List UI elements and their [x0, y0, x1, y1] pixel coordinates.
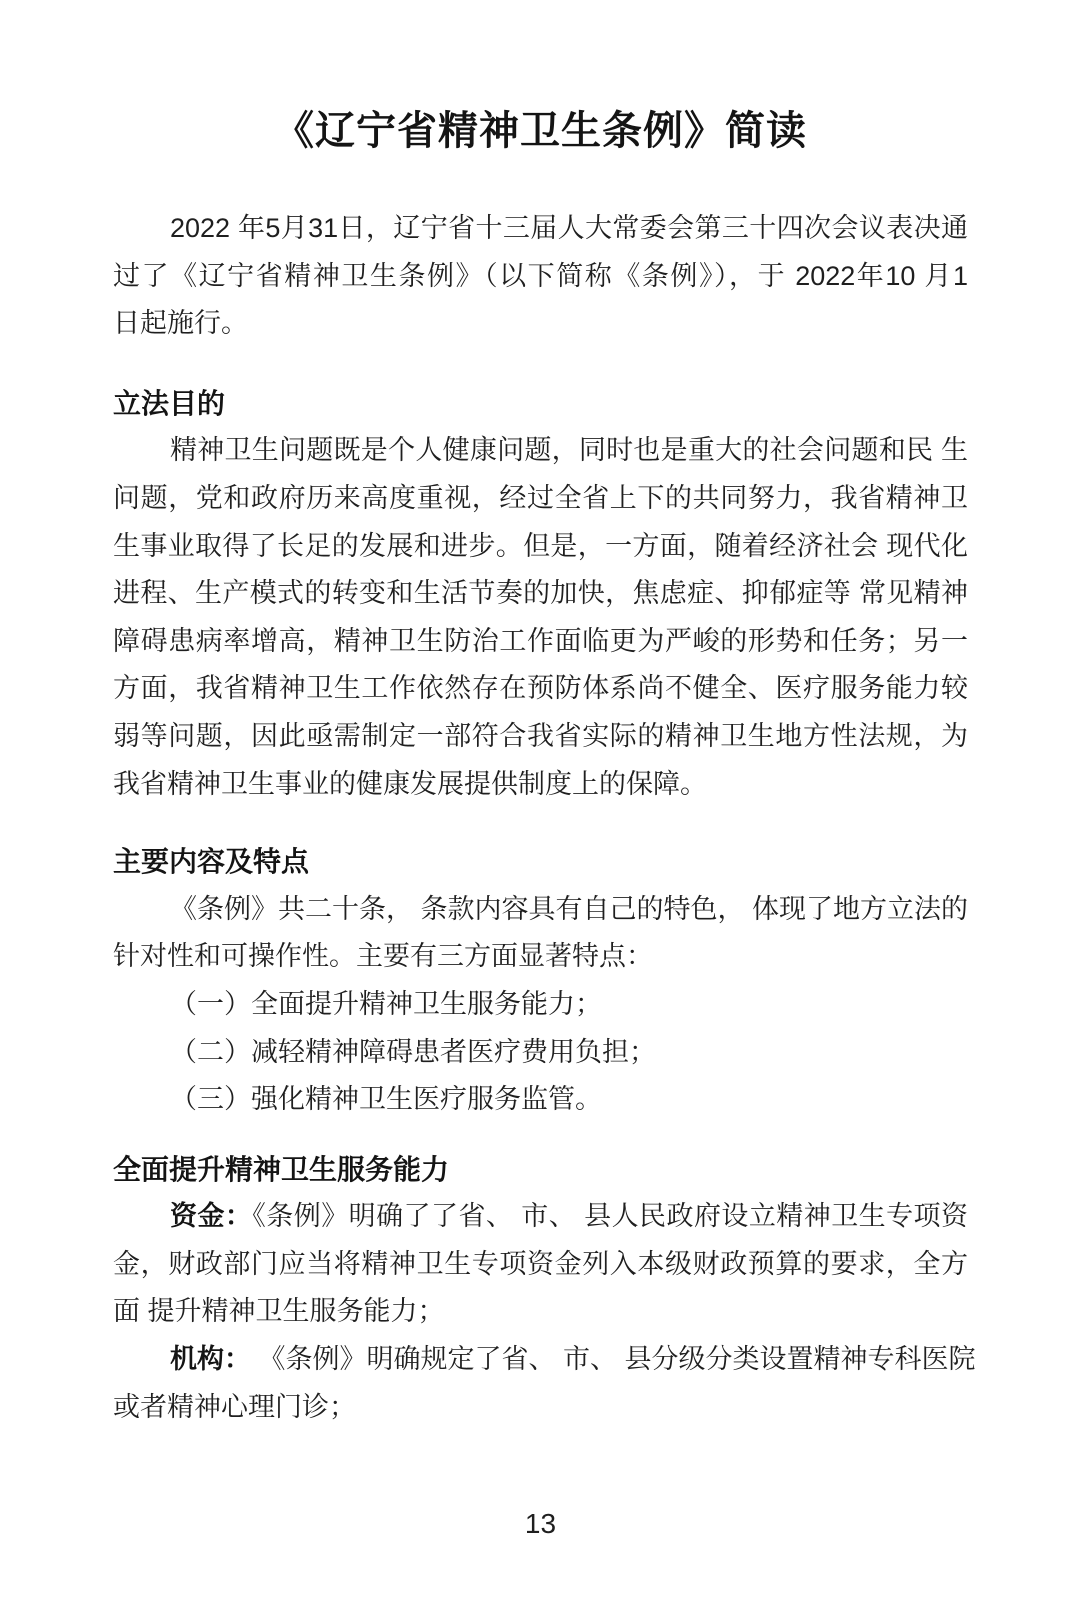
feature-item: （二）减轻精神障碍患者医疗费用负担；: [113, 1029, 968, 1077]
paragraph-line: 面 提升精神卫生服务能力；: [113, 1288, 968, 1336]
paragraph-line: 精神卫生问题既是个人健康问题，同时也是重大的社会问题和民 生: [113, 427, 968, 475]
funding-paragraph: 资金：《条例》明确了了省、 市、 县人民政府设立精神卫生专项资 金，财政部门应当…: [113, 1193, 968, 1336]
paragraph-line: 问题，党和政府历来高度重视，经过全省上下的共同努力，我省精神卫: [113, 475, 968, 523]
intro-paragraph: 2022 年5月31日，辽宁省十三届人大常委会第三十四次会议表决通 过了《辽宁省…: [113, 205, 968, 348]
section-heading-capability: 全面提升精神卫生服务能力: [113, 1146, 968, 1194]
section-heading-features: 主要内容及特点: [113, 838, 968, 886]
funding-text: 《条例》明确了了省、 市、 县人民政府设立精神卫生专项资: [252, 1201, 968, 1231]
document-title: 《辽宁省精神卫生条例》简读: [113, 102, 968, 160]
paragraph-line: 金，财政部门应当将精神卫生专项资金列入本级财政预算的要求，全方: [113, 1241, 968, 1289]
paragraph-line: 弱等问题，因此亟需制定一部符合我省实际的精神卫生地方性法规，为: [113, 713, 968, 761]
paragraph-line: 我省精神卫生事业的健康发展提供制度上的保障。: [113, 761, 968, 809]
paragraph-line: 或者精神心理门诊；: [113, 1384, 968, 1432]
section-heading-purpose: 立法目的: [113, 380, 968, 428]
intro-line: 日起施行。: [113, 300, 968, 348]
feature-item: （三）强化精神卫生医疗服务监管。: [113, 1076, 968, 1124]
intro-line: 2022 年5月31日，辽宁省十三届人大常委会第三十四次会议表决通: [113, 205, 968, 253]
intro-line: 过了《辽宁省精神卫生条例》（以下简称《条例》），于 2022年10 月1: [113, 253, 968, 301]
paragraph-line: 生事业取得了长足的发展和进步。但是，一方面，随着经济社会 现代化: [113, 523, 968, 571]
page-number: 13: [0, 1500, 1081, 1548]
institution-label: 机构：: [170, 1344, 251, 1374]
feature-item: （一）全面提升精神卫生服务能力；: [113, 981, 968, 1029]
paragraph-line: 障碍患病率增高，精神卫生防治工作面临更为严峻的形势和任务；另一: [113, 618, 968, 666]
institution-text: 《条例》明确规定了省、 市、 县分级分类设置精神专科医院: [251, 1344, 976, 1374]
paragraph-line: 进程、生产模式的转变和生活节奏的加快，焦虑症、抑郁症等 常见精神: [113, 570, 968, 618]
funding-label: 资金：: [170, 1201, 252, 1231]
paragraph-line: 机构： 《条例》明确规定了省、 市、 县分级分类设置精神专科医院: [113, 1336, 968, 1384]
paragraph-line: 《条例》共二十条， 条款内容具有自己的特色， 体现了地方立法的: [113, 886, 968, 934]
paragraph-line: 方面，我省精神卫生工作依然存在预防体系尚不健全、医疗服务能力较: [113, 665, 968, 713]
document-page: 《辽宁省精神卫生条例》简读 2022 年5月31日，辽宁省十三届人大常委会第三十…: [0, 0, 1081, 1600]
document-content: 《辽宁省精神卫生条例》简读 2022 年5月31日，辽宁省十三届人大常委会第三十…: [113, 0, 968, 1431]
institution-paragraph: 机构： 《条例》明确规定了省、 市、 县分级分类设置精神专科医院 或者精神心理门…: [113, 1336, 968, 1431]
paragraph-line: 资金：《条例》明确了了省、 市、 县人民政府设立精神卫生专项资: [113, 1193, 968, 1241]
paragraph-line: 针对性和可操作性。主要有三方面显著特点：: [113, 933, 968, 981]
purpose-paragraph: 精神卫生问题既是个人健康问题，同时也是重大的社会问题和民 生 问题，党和政府历来…: [113, 427, 968, 808]
features-paragraph: 《条例》共二十条， 条款内容具有自己的特色， 体现了地方立法的 针对性和可操作性…: [113, 886, 968, 1124]
